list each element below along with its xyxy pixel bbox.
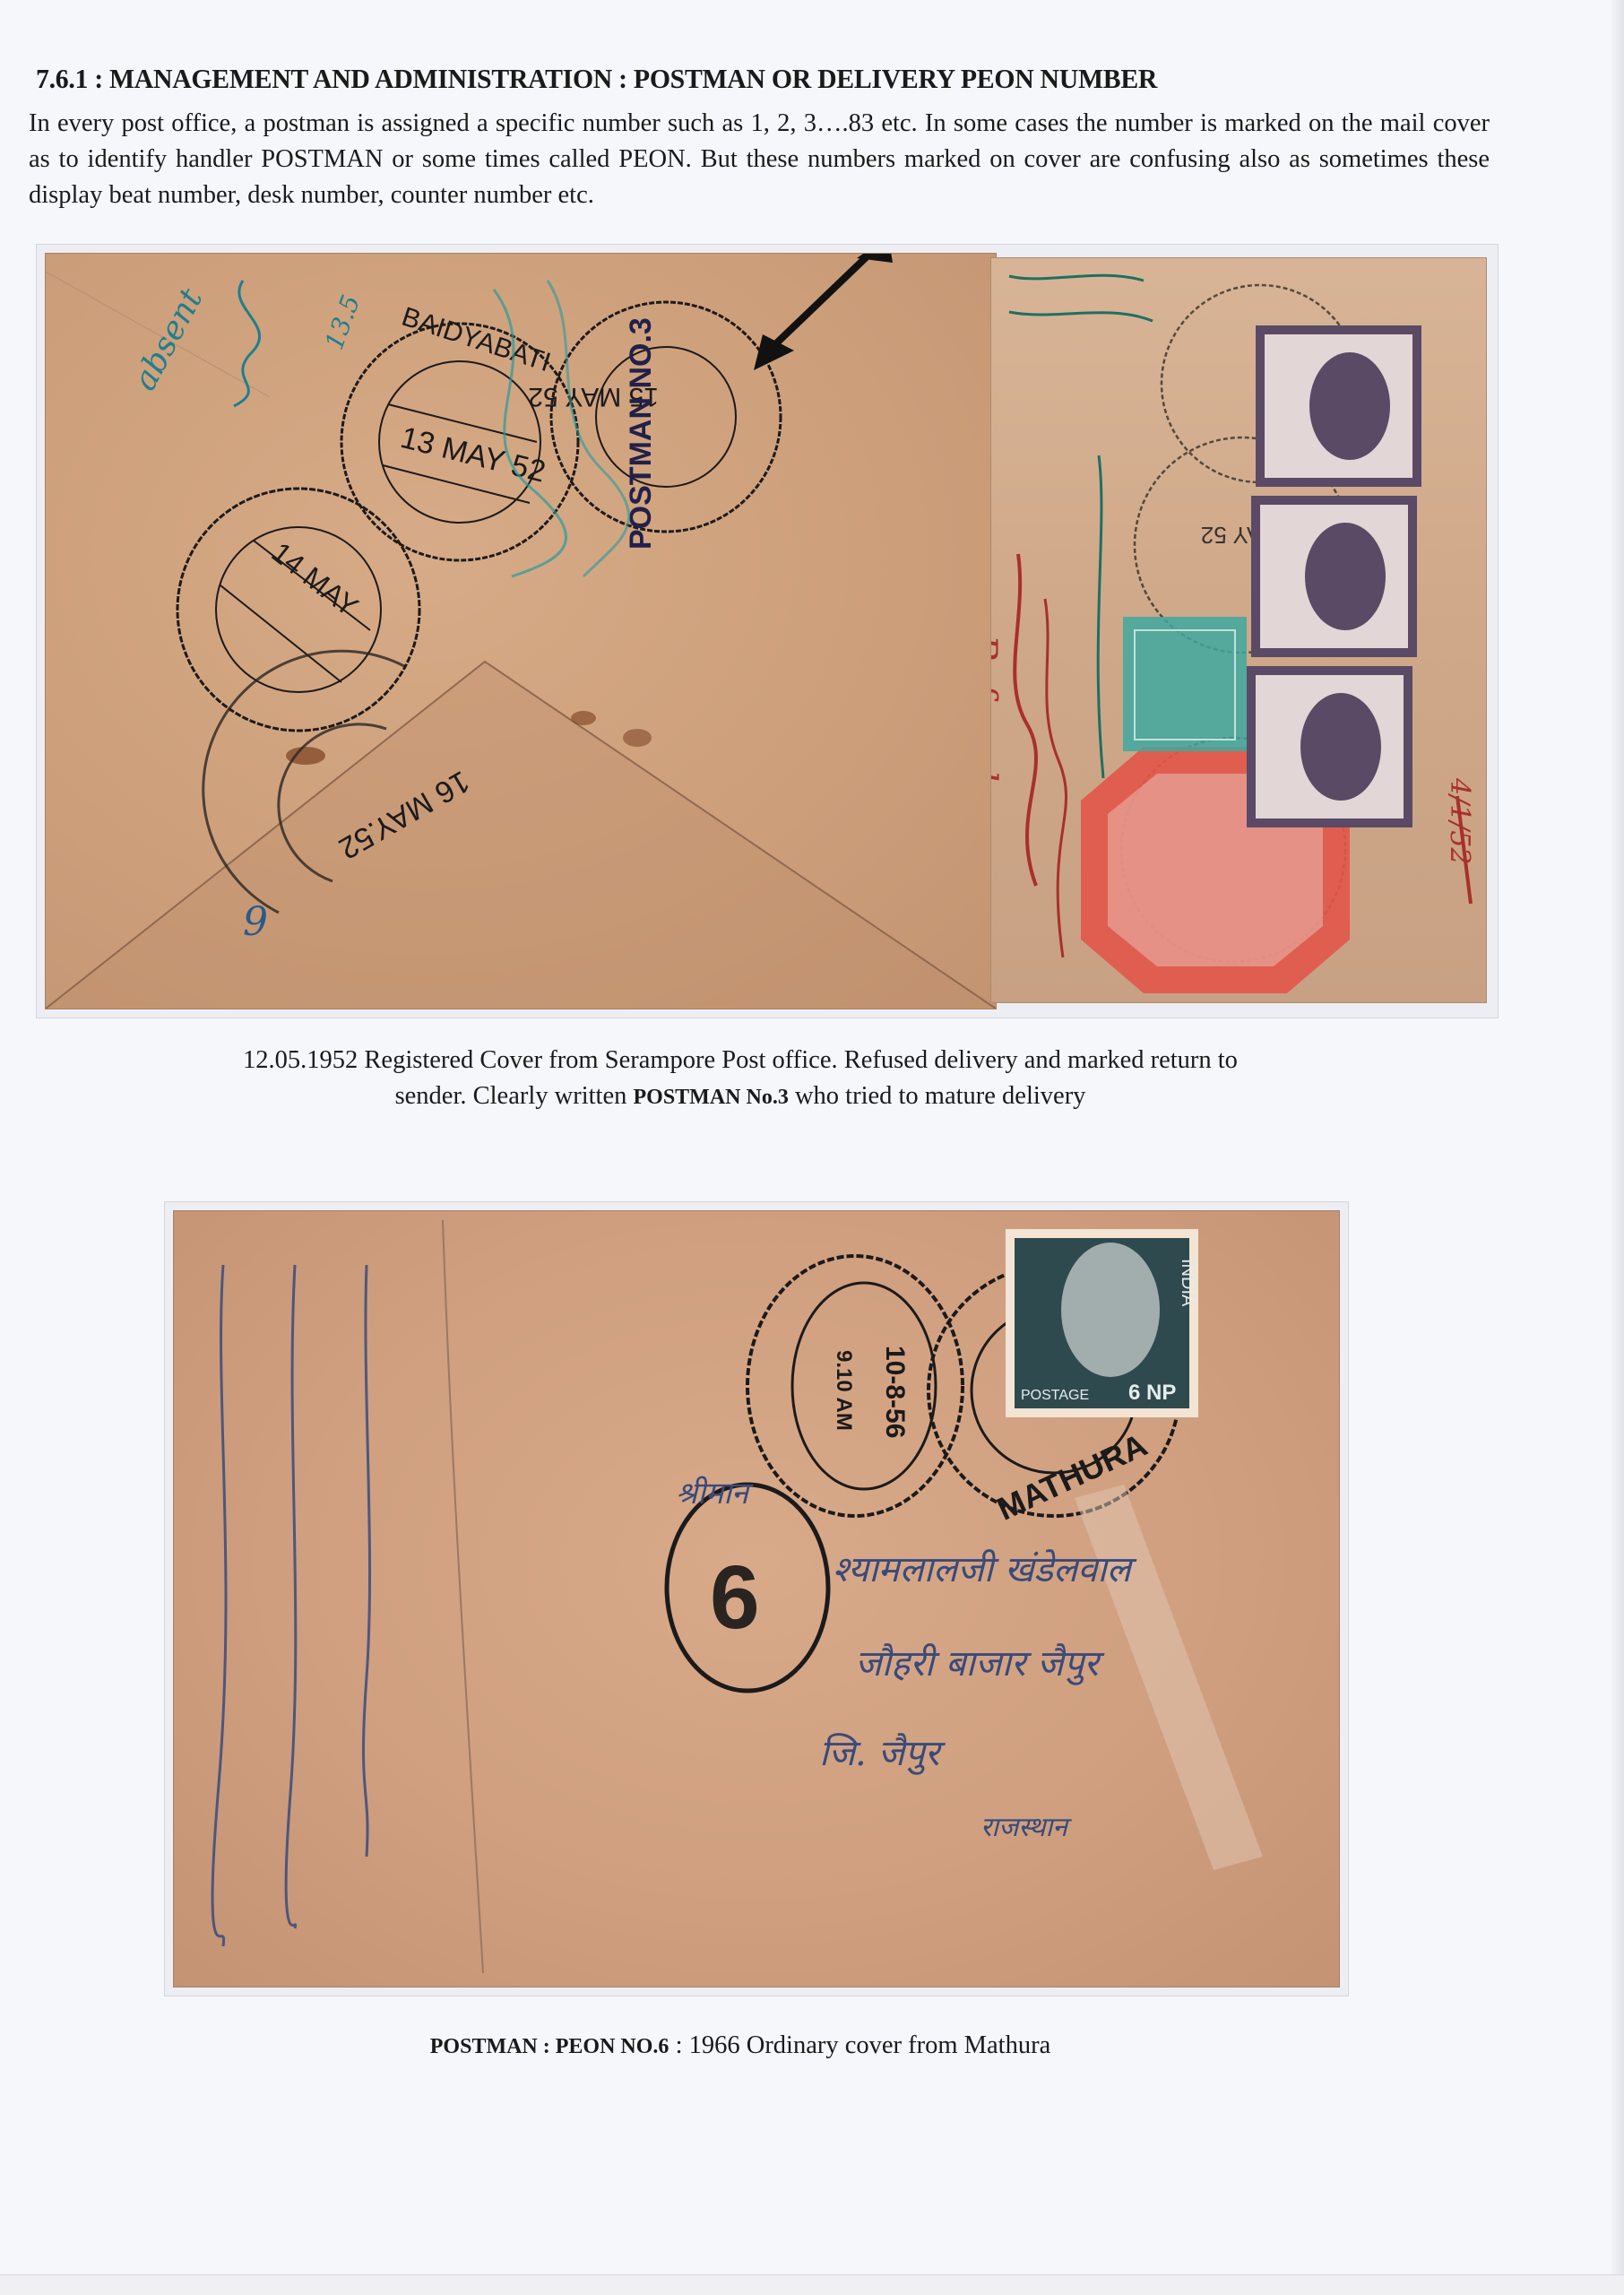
svg-text:6: 6 — [710, 1547, 760, 1648]
address-line-4: जि. जैपुर — [819, 1727, 939, 1776]
page-bottom-edge — [0, 2274, 1624, 2295]
exhibit2-caption-rest: : 1966 Ordinary cover from Mathura — [669, 2031, 1050, 2059]
exhibit1-caption: 12.05.1952 Registered Cover from Serampo… — [0, 1043, 1481, 1115]
exhibit2-caption: POSTMAN : PEON NO.6 : 1966 Ordinary cove… — [0, 2028, 1481, 2065]
exhibit2-cover: 10-8-56 9.10 AM MATHURA POSTAGE 6 NP IND… — [173, 1210, 1340, 1988]
svg-text:9.10 AM: 9.10 AM — [832, 1350, 856, 1431]
page-title: 7.6.1 : MANAGEMENT AND ADMINISTRATION : … — [36, 63, 1157, 95]
stamp-purple-3 — [1251, 671, 1408, 823]
stamp-purple-2 — [1256, 500, 1412, 653]
address-line-5: राजस्थान — [980, 1807, 1067, 1844]
front-markings: 12 MAY 52 — [991, 258, 1486, 1002]
intro-paragraph: In every post office, a postman is assig… — [29, 106, 1490, 213]
exhibit2-caption-bold: POSTMAN : PEON NO.6 — [430, 2035, 669, 2058]
exhibit1-cover-back: BAIDYABATI 13 MAY 52 14 MAY 15 MAY 52 16… — [45, 253, 997, 1009]
stamp-green — [1123, 617, 1247, 751]
svg-text:10-8-56: 10-8-56 — [880, 1346, 910, 1438]
handwritten-refused: Refused — [990, 635, 1004, 782]
exhibit1-cover-front: 12 MAY 52 Refused 4/1/52 — [990, 257, 1487, 1003]
cover2-markings: 10-8-56 9.10 AM MATHURA POSTAGE 6 NP IND… — [174, 1211, 1339, 1987]
handwritten-date-red: 4/1/52 — [1444, 778, 1475, 865]
stamp-india-6np: POSTAGE 6 NP INDIA — [1006, 1229, 1198, 1417]
page-edge — [1611, 0, 1624, 2295]
svg-text:6 NP: 6 NP — [1128, 1381, 1176, 1405]
intro-text: In every post office, a postman is assig… — [29, 106, 1490, 213]
address-line-1: श्रीमान — [676, 1471, 748, 1512]
svg-text:INDIA: INDIA — [1178, 1259, 1197, 1307]
exhibit1-caption-line1: 12.05.1952 Registered Cover from Serampo… — [0, 1043, 1481, 1078]
exhibit1-caption-line2: sender. Clearly written POSTMAN No.3 who… — [0, 1078, 1481, 1115]
stamp-purple-1 — [1260, 330, 1417, 482]
svg-text:POSTAGE: POSTAGE — [1021, 1388, 1089, 1403]
address-line-2: श्यामलालजी खंडेलवाल — [833, 1543, 1131, 1592]
blue-signatures — [46, 254, 996, 1009]
address-line-3: जौहरी बाजार जैपुर — [855, 1637, 1099, 1686]
